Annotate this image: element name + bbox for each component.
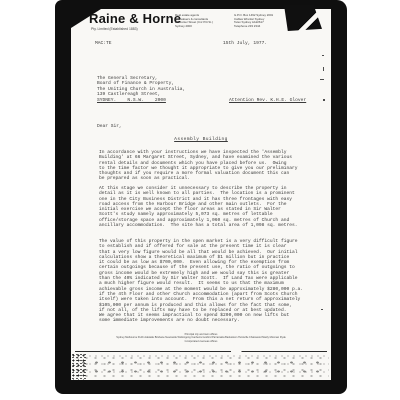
recipient-city-line: SYDNEY. N.S.W. 2000 [97,98,166,103]
footer-line-3: Incorporated overseas offices [81,340,321,343]
letterhead-triangle-logo-icon [284,5,322,31]
letter-date: 15th July, 1977. [223,41,267,46]
company-subtitle: Pty. Limited (Established 1883) [91,27,138,31]
company-name: Raine & Horne [89,11,181,26]
scan-artifact [320,79,324,80]
salutation: Dear Sir, [97,124,122,129]
scanned-page-frame: Raine & Horne Pty. Limited (Established … [55,0,347,394]
letterhead-footer: Principal city and town offices Sydney M… [81,333,321,343]
scan-noise-blob [71,353,86,380]
letter-page: Raine & Horne Pty. Limited (Established … [71,9,331,380]
subject-heading: Assembly Building [71,137,331,142]
scan-noise-strip [73,355,329,378]
scan-artifact [323,99,325,101]
scan-artifact [321,309,323,310]
body-paragraph-3: The value of this property in the open m… [99,239,303,324]
scan-artifact [323,67,324,71]
letterhead-address-column: Real estate agents and valuers & consult… [175,14,213,29]
body-paragraph-2: At this stage we consider it unnecessary… [99,186,297,228]
recipient-address: The General Secretary, Board of Finance … [97,76,185,97]
letterhead-contact-column: G.P.O. Box 1492 Sydney 2001 Cables Wrenl… [234,14,273,29]
body-paragraph-1: In accordance with your instructions we … [99,150,297,182]
scan-artifact [322,55,324,56]
scanned-letter-screenshot: { "colors":{"frame":"#0f0f0f","page":"#f… [0,0,400,400]
attention-line: Attention Rev. K.H.E. Glover [229,98,306,103]
page-bottom-edge [75,351,327,352]
reference-code: MAC:TE [95,41,112,46]
